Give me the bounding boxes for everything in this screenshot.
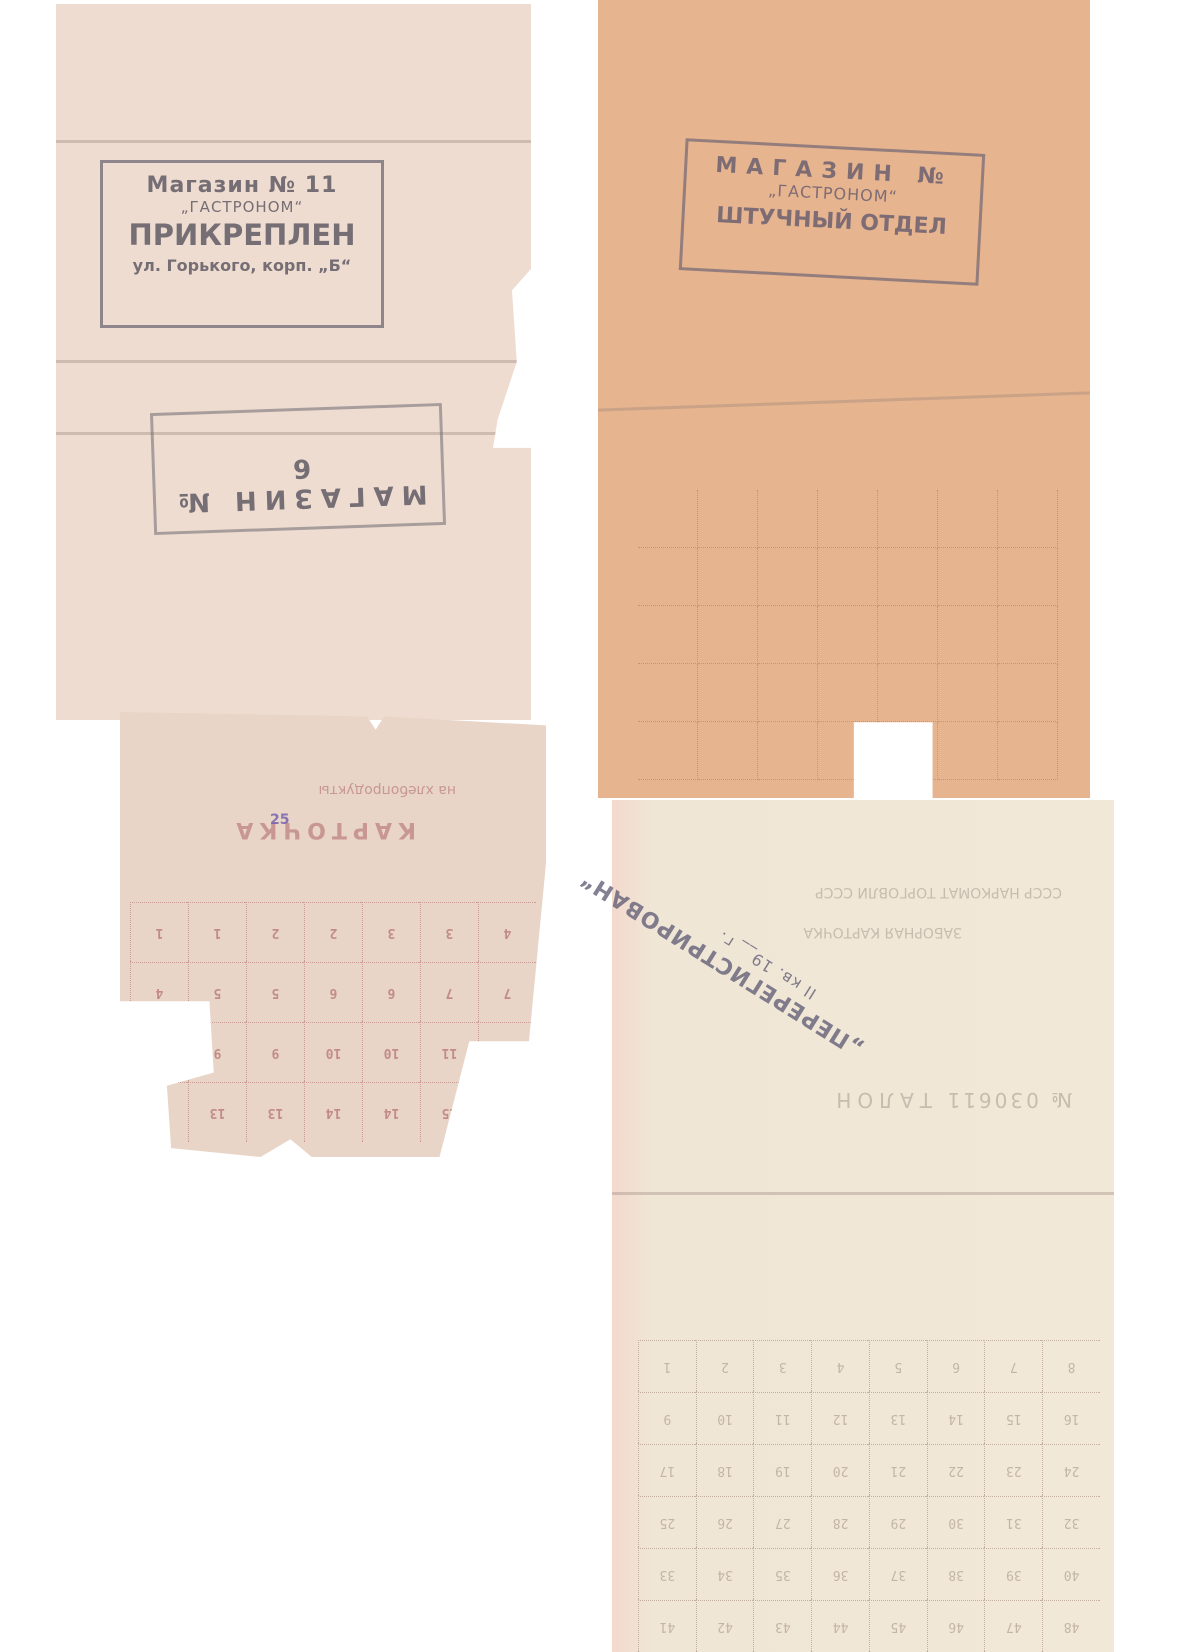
- coupon-cell: 45: [869, 1600, 927, 1652]
- coupon-cell: 32: [1042, 1496, 1100, 1548]
- mirrored-shop-stamp: МАГАЗИН № 6: [150, 403, 446, 535]
- coupon-cell: 7: [985, 1340, 1043, 1392]
- violet-mark: 25: [270, 812, 289, 828]
- ration-card-top-left: Магазин № 11 „ГАСТРОНОМ“ ПРИКРЕПЛЕН ул. …: [56, 4, 531, 720]
- coupon-cell: 2: [696, 1340, 754, 1392]
- coupon-cell: 14: [304, 1082, 362, 1142]
- coupon-cell: 44: [811, 1600, 869, 1652]
- coupon-cell: [998, 548, 1058, 606]
- coupon-cell: 8: [1042, 1340, 1100, 1392]
- coupon-cell: 22: [927, 1444, 985, 1496]
- coupon-cell: 43: [754, 1600, 812, 1652]
- shop-attachment-stamp: Магазин № 11 „ГАСТРОНОМ“ ПРИКРЕПЛЕН ул. …: [100, 160, 384, 328]
- coupon-cell: 1: [188, 902, 246, 962]
- coupon-cell: 5: [188, 962, 246, 1022]
- coupon-cell: [878, 490, 938, 548]
- coupon-cell: 7: [420, 962, 478, 1022]
- coupon-cell: [638, 722, 698, 780]
- coupon-cell: 26: [696, 1496, 754, 1548]
- coupon-cell: [638, 606, 698, 664]
- coupon-cell: [938, 722, 998, 780]
- coupon-cell: 12: [130, 1082, 188, 1142]
- fold-line: [612, 1192, 1114, 1195]
- coupon-cell: [758, 722, 818, 780]
- coupon-cell: 29: [869, 1496, 927, 1548]
- coupon-cell: 33: [638, 1548, 696, 1600]
- coupon-cell: [818, 490, 878, 548]
- header-line-1: СССР НАРКОМАТ ТОРГОВЛИ СССР: [815, 884, 1062, 900]
- stamp-shop-number: Магазин № 11: [103, 173, 381, 198]
- coupon-cell: 12: [811, 1392, 869, 1444]
- coupon-cell: [818, 606, 878, 664]
- coupon-cell: 4: [130, 962, 188, 1022]
- serial-number: № 030611: [944, 1088, 1072, 1112]
- coupon-cell: 38: [927, 1548, 985, 1600]
- coupon-cell: [638, 490, 698, 548]
- mirrored-stamp-text: МАГАЗИН № 6: [155, 448, 443, 518]
- coupon-cell: 48: [1042, 1600, 1100, 1652]
- coupon-cell: 15: [478, 1082, 536, 1142]
- fold-line: [598, 391, 1090, 411]
- coupon-cell: [758, 490, 818, 548]
- coupon-cell: [758, 548, 818, 606]
- coupon-cell: 2: [246, 902, 304, 962]
- coupon-cell: 8: [130, 1022, 188, 1082]
- coupon-cell: 6: [362, 962, 420, 1022]
- coupon-cell: 5: [869, 1340, 927, 1392]
- coupon-cell: 6: [304, 962, 362, 1022]
- coupon-cell: 30: [927, 1496, 985, 1548]
- coupon-cell: 47: [985, 1600, 1043, 1652]
- shop-stamp: МАГАЗИН № „ГАСТРОНОМ“ ШТУЧНЫЙ ОТДЕЛ: [679, 138, 985, 286]
- coupon-cell: 13: [869, 1392, 927, 1444]
- coupon-cell: 4: [811, 1340, 869, 1392]
- mirrored-header: КАРТОЧКА на хлебопродукты: [120, 712, 546, 902]
- coupon-cell: 24: [1042, 1444, 1100, 1496]
- coupon-cell: 13: [246, 1082, 304, 1142]
- coupon-cell: [698, 722, 758, 780]
- stamp-address: ул. Горького, корп. „Б“: [103, 256, 381, 275]
- coupon-cell: 13: [188, 1082, 246, 1142]
- coupon-cell: 11: [478, 1022, 536, 1082]
- coupon-grid: 4847464544434241403938373635343332313029…: [638, 1340, 1100, 1652]
- coupon-cell: 21: [869, 1444, 927, 1496]
- coupon-cell: [938, 664, 998, 722]
- coupon-cell: [938, 548, 998, 606]
- coupon-cell: [878, 722, 938, 780]
- coupon-cell: [878, 606, 938, 664]
- coupon-cell: 39: [985, 1548, 1043, 1600]
- coupon-cell: 15: [985, 1392, 1043, 1444]
- coupon-cell: [638, 548, 698, 606]
- coupon-cell: 1: [638, 1340, 696, 1392]
- coupon-cell: 46: [927, 1600, 985, 1652]
- coupon-cell: [698, 606, 758, 664]
- coupon-cell: 16: [1042, 1392, 1100, 1444]
- coupon-cell: [938, 490, 998, 548]
- coupon-cell: [698, 490, 758, 548]
- coupon-cell: [998, 490, 1058, 548]
- coupon-cell: 10: [304, 1022, 362, 1082]
- coupon-cell: [758, 664, 818, 722]
- coupon-cell: 18: [696, 1444, 754, 1496]
- coupon-cell: 5: [246, 962, 304, 1022]
- coupon-cell: 4: [478, 902, 536, 962]
- coupon-cell: [638, 664, 698, 722]
- coupon-cell: 31: [985, 1496, 1043, 1548]
- card-subtitle: на хлебопродукты: [319, 782, 456, 798]
- coupon-cell: 17: [638, 1444, 696, 1496]
- coupon-cell: [938, 606, 998, 664]
- coupon-cell: 28: [811, 1496, 869, 1548]
- coupon-grid: 151514141313121111101099877665544332211: [130, 902, 536, 1142]
- coupon-cell: [998, 664, 1058, 722]
- coupon-cell: 10: [362, 1022, 420, 1082]
- coupon-cell: 19: [754, 1444, 812, 1496]
- stamp-attached-label: ПРИКРЕПЛЕН: [103, 218, 381, 252]
- coupon-cell: 3: [754, 1340, 812, 1392]
- coupon-cell: 23: [985, 1444, 1043, 1496]
- coupon-cell: 9: [188, 1022, 246, 1082]
- coupon-cell: 34: [696, 1548, 754, 1600]
- serial-label: ТАЛОН: [830, 1088, 932, 1112]
- coupon-cell: 15: [420, 1082, 478, 1142]
- coupon-cell: 36: [811, 1548, 869, 1600]
- coupon-cell: [998, 606, 1058, 664]
- coupon-cell: 6: [927, 1340, 985, 1392]
- coupon-cell: 20: [811, 1444, 869, 1496]
- coupon-cell: [698, 548, 758, 606]
- coupon-cell: 1: [130, 902, 188, 962]
- mirrored-serial: ТАЛОН № 030611: [672, 1080, 1092, 1120]
- coupon-cell: [758, 606, 818, 664]
- coupon-cell: [818, 664, 878, 722]
- header-line-2: ЗАБОРНАЯ КАРТОЧКА: [803, 924, 962, 940]
- card-title: КАРТОЧКА: [230, 817, 416, 842]
- coupon-cell: 11: [754, 1392, 812, 1444]
- coupon-cell: 2: [304, 902, 362, 962]
- coupon-cell: 10: [696, 1392, 754, 1444]
- coupon-cell: 9: [638, 1392, 696, 1444]
- registration-card: СССР НАРКОМАТ ТОРГОВЛИ СССР ЗАБОРНАЯ КАР…: [612, 800, 1114, 1652]
- coupon-cell: 3: [362, 902, 420, 962]
- coupon-cell: 37: [869, 1548, 927, 1600]
- coupon-cell: 7: [478, 962, 536, 1022]
- coupon-cell: [998, 722, 1058, 780]
- coupon-cell: [698, 664, 758, 722]
- coupon-cell: 3: [420, 902, 478, 962]
- coupon-cell: 27: [754, 1496, 812, 1548]
- coupon-cell: 14: [927, 1392, 985, 1444]
- coupon-cell: 42: [696, 1600, 754, 1652]
- coupon-cell: [878, 664, 938, 722]
- ration-card-top-right: МАГАЗИН № „ГАСТРОНОМ“ ШТУЧНЫЙ ОТДЕЛ: [598, 0, 1090, 798]
- coupon-cell: 40: [1042, 1548, 1100, 1600]
- coupon-cell: 35: [754, 1548, 812, 1600]
- coupon-cell: 41: [638, 1600, 696, 1652]
- coupon-cell: 9: [246, 1022, 304, 1082]
- coupon-cell: [818, 722, 878, 780]
- coupon-cell: 11: [420, 1022, 478, 1082]
- bread-coupon-sheet: КАРТОЧКА на хлебопродукты 25 15151414131…: [120, 712, 546, 1157]
- stamp-shop-name: „ГАСТРОНОМ“: [103, 198, 381, 216]
- coupon-cell: [878, 548, 938, 606]
- coupon-cell: 25: [638, 1496, 696, 1548]
- fold-line: [56, 360, 531, 363]
- coupon-cell: 14: [362, 1082, 420, 1142]
- fold-line: [56, 140, 531, 143]
- coupon-grid: [638, 490, 1058, 780]
- coupon-cell: [818, 548, 878, 606]
